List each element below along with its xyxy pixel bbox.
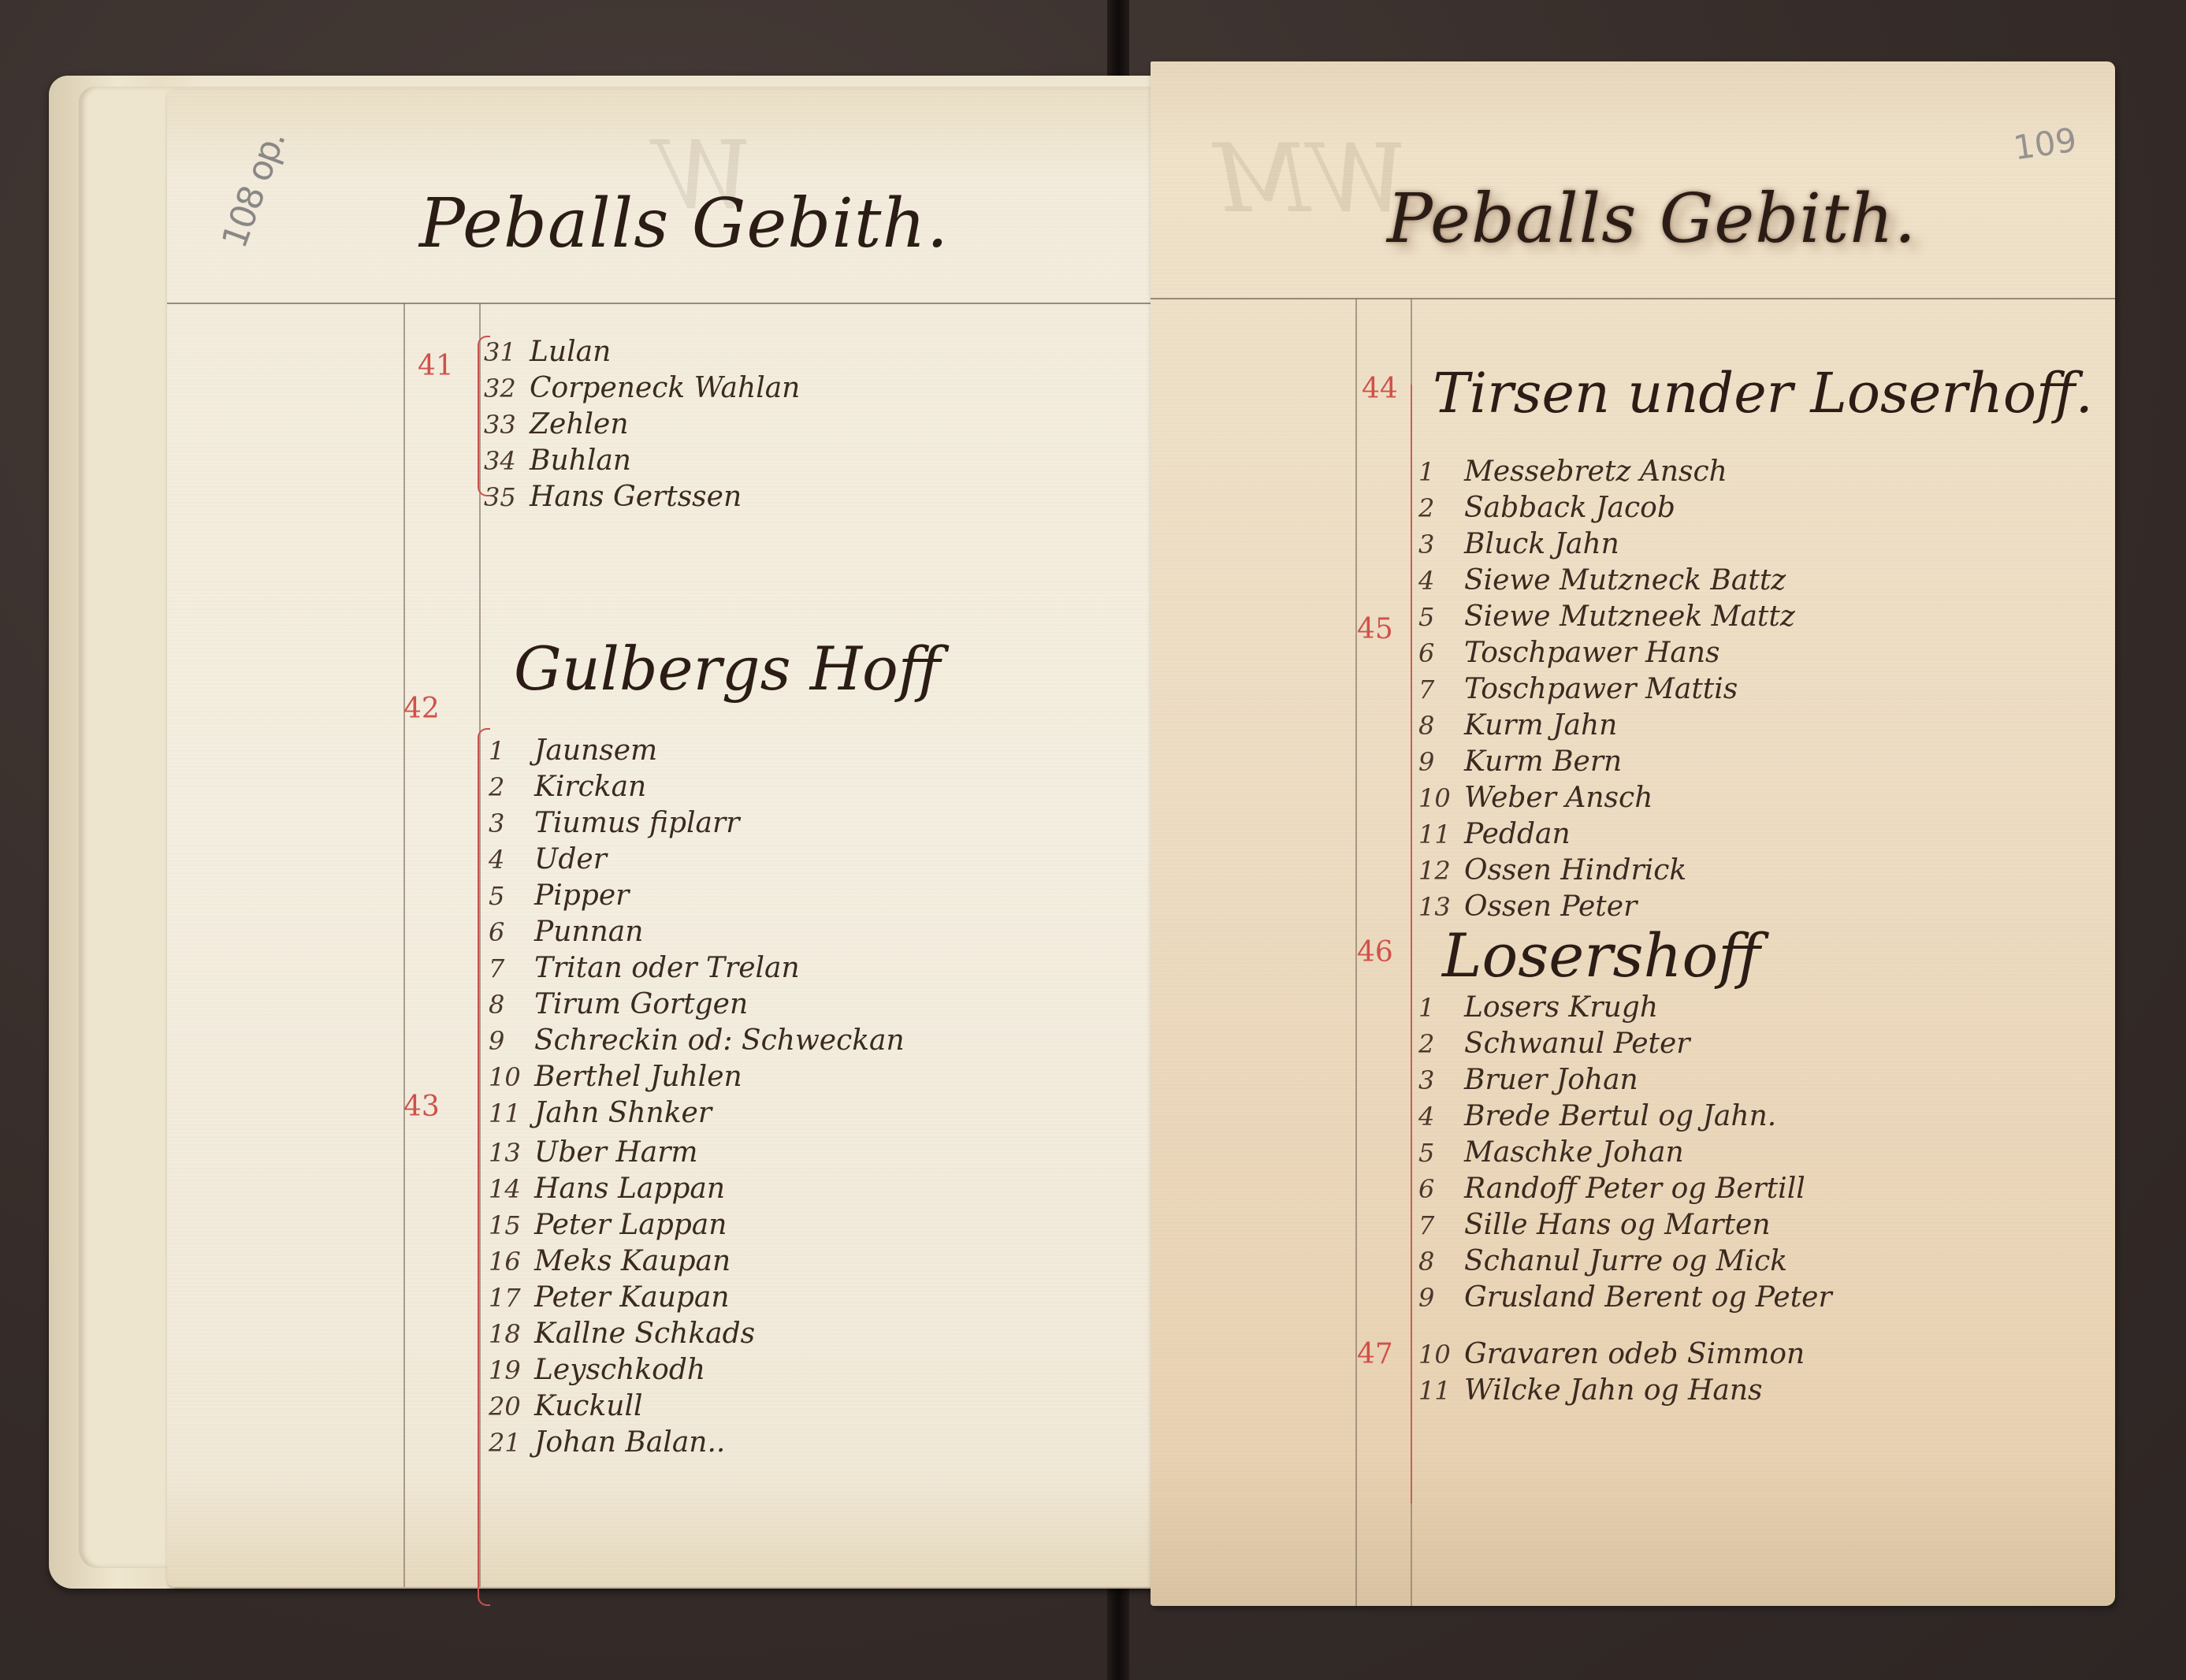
list-item: 3Tiumus fiplarr [489,807,905,843]
list-item: 10Weber Ansch [1418,782,1738,818]
entry-list: 13Uber Harm 14Hans Lappan 15Peter Lappan… [489,1136,755,1463]
list-item: 17Peter Kaupan [489,1281,755,1318]
margin-number: 45 [1357,613,1393,645]
list-item: 35Hans Gertssen [484,481,800,517]
list-item: 7Toschpawer Mattis [1418,673,1738,709]
list-item: 33Zehlen [484,408,800,444]
margin-number: 41 [418,350,454,382]
red-bracket-line [1411,385,1412,1503]
list-item: 31Lulan [484,336,800,372]
list-item: 19Leyschkodh [489,1354,755,1390]
right-page: WM 109 Peballs Gebith. 44 Tirsen under L… [1151,61,2115,1606]
margin-number: 44 [1362,373,1398,405]
list-item: 5Siewe Mutzneek Mattz [1418,600,1795,637]
margin-number: 43 [403,1091,440,1123]
list-item: 7Tritan oder Trelan [489,952,905,988]
list-item: 7Sille Hans og Marten [1418,1209,1832,1245]
list-item: 1Losers Krugh [1418,991,1832,1028]
list-item: 13Uber Harm [489,1136,755,1173]
list-item: 34Buhlan [484,444,800,481]
list-item: 3Bluck Jahn [1418,528,1795,564]
margin-number: 47 [1357,1338,1393,1370]
list-item: 9Schreckin od: Schweckan [489,1024,905,1061]
list-item: 11Wilcke Jahn og Hans [1418,1374,1805,1411]
list-item: 4Brede Bertul og Jahn. [1418,1100,1832,1136]
section-title: Gulbergs Hoff [514,634,941,704]
margin-number: 46 [1357,936,1393,968]
list-item: 21Johan Balan.. [489,1426,755,1463]
list-item: 2Schwanul Peter [1418,1028,1832,1064]
list-item: 9Kurm Bern [1418,745,1738,782]
list-item: 8Tirum Gortgen [489,988,905,1024]
margin-rule [403,303,405,1587]
list-item: 3Bruer Johan [1418,1064,1832,1100]
list-item: 4Siewe Mutzneck Battz [1418,564,1795,600]
margin-number: 42 [403,693,440,725]
list-item: 1Messebretz Ansch [1418,455,1795,492]
list-item: 2Kirckan [489,771,905,807]
list-item: 14Hans Lappan [489,1173,755,1209]
list-item: 1Jaunsem [489,734,905,771]
list-item: 4Uder [489,843,905,879]
list-item: 8Schanul Jurre og Mick [1418,1245,1832,1281]
list-item: 8Kurm Jahn [1418,709,1738,745]
list-item: 32Corpeneck Wahlan [484,372,800,408]
list-item: 20Kuckull [489,1390,755,1426]
pencil-folio-number: 108 op. [214,126,293,253]
header-rule [1151,298,2115,299]
entry-list: 10Gravaren odeb Simmon 11Wilcke Jahn og … [1418,1338,1805,1411]
page-heading: Peballs Gebith. [419,184,949,263]
list-item: 6Punnan [489,916,905,952]
page-heading: Peballs Gebith. [1387,180,1916,258]
list-item: 10Gravaren odeb Simmon [1418,1338,1805,1374]
header-rule [167,303,1152,304]
entry-list: 1Jaunsem 2Kirckan 3Tiumus fiplarr 4Uder … [489,734,905,1133]
pencil-folio-number: 109 [2011,121,2079,168]
list-item: 5Maschke Johan [1418,1136,1832,1173]
section-title: Losershoff [1442,920,1760,991]
list-item: 18Kallne Schkads [489,1318,755,1354]
list-item: 12Ossen Hindrick [1418,854,1738,890]
ink-bleed-through: WM [1214,125,1407,234]
section-title: Tirsen under Loserhoff. [1433,361,2093,426]
entry-list: 31Lulan 32Corpeneck Wahlan 33Zehlen 34Bu… [484,336,800,517]
left-page: W 108 op. Peballs Gebith. 41 31Lulan 32C… [167,90,1152,1587]
list-item: 11Peddan [1418,818,1738,854]
list-item: 11Jahn Shnker [489,1097,905,1133]
list-item: 9Grusland Berent og Peter [1418,1281,1832,1318]
entry-list: 1Messebretz Ansch 2Sabback Jacob 3Bluck … [1418,455,1795,637]
list-item: 5Pipper [489,879,905,916]
entry-list: 6Toschpawer Hans 7Toschpawer Mattis 8Kur… [1418,637,1738,927]
list-item: 2Sabback Jacob [1418,492,1795,528]
list-item: 6Randoff Peter og Bertill [1418,1173,1832,1209]
list-item: 15Peter Lappan [489,1209,755,1245]
list-item: 16Meks Kaupan [489,1245,755,1281]
entry-list: 1Losers Krugh 2Schwanul Peter 3Bruer Joh… [1418,991,1832,1318]
list-item: 6Toschpawer Hans [1418,637,1738,673]
list-item: 10Berthel Juhlen [489,1061,905,1097]
